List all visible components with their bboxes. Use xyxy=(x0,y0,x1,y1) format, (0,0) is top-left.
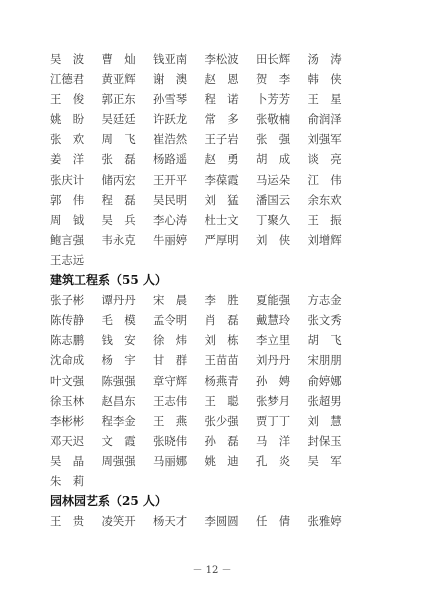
student-name: 章守辉 xyxy=(153,371,205,391)
student-name: 周 钺 xyxy=(50,210,102,230)
student-name: 吴 兵 xyxy=(102,210,154,230)
student-name: 吴廷廷 xyxy=(102,109,154,129)
name-row: 沈命成杨 宇甘 群王苗苗刘丹丹宋朋朋 xyxy=(50,350,390,370)
student-name: 陈传静 xyxy=(50,310,102,330)
student-name: 吴 晶 xyxy=(50,451,102,471)
student-name: 张子彬 xyxy=(50,290,102,310)
student-name: 李 胜 xyxy=(205,290,257,310)
student-name: 李圆圆 xyxy=(205,511,257,531)
student-name: 陈志鹏 xyxy=(50,330,102,350)
student-name: 刘 猛 xyxy=(205,190,257,210)
student-name: 丁聚久 xyxy=(256,210,308,230)
student-name: 毛 模 xyxy=(102,310,154,330)
student-name: 江德君 xyxy=(50,69,102,89)
student-name: 李立里 xyxy=(256,330,308,350)
student-name: 常 多 xyxy=(205,109,257,129)
student-name: 孙雪琴 xyxy=(153,89,205,109)
student-name: 王 燕 xyxy=(153,411,205,431)
student-name: 胡 成 xyxy=(256,149,308,169)
student-name: 张少强 xyxy=(205,411,257,431)
student-name: 贾丁丁 xyxy=(256,411,308,431)
student-name: 俞润泽 xyxy=(308,109,360,129)
student-name: 李葆霞 xyxy=(205,170,257,190)
student-name: 崔浩然 xyxy=(153,129,205,149)
student-name: 张文秀 xyxy=(308,310,360,330)
student-name: 张 强 xyxy=(256,129,308,149)
student-name: 李心涛 xyxy=(153,210,205,230)
student-name: 郭 伟 xyxy=(50,190,102,210)
student-name: 王 星 xyxy=(308,89,360,109)
student-name: 戴慧玲 xyxy=(256,310,308,330)
student-name: 邓天迟 xyxy=(50,431,102,451)
student-name: 孙 娉 xyxy=(256,371,308,391)
name-row: 朱 莉 xyxy=(50,471,390,491)
student-name: 俞婷娜 xyxy=(308,371,360,391)
student-name: 孙 磊 xyxy=(205,431,257,451)
name-row: 叶文强陈强强章守辉杨燕青孙 娉俞婷娜 xyxy=(50,371,390,391)
name-row: 徐玉林赵昌东王志伟王 聪张梦月张超男 xyxy=(50,391,390,411)
student-name: 王开平 xyxy=(153,170,205,190)
student-name: 储丙宏 xyxy=(102,170,154,190)
name-row: 姚 盼吴廷廷许跃龙常 多张敬楠俞润泽 xyxy=(50,109,390,129)
student-name: 张敬楠 xyxy=(256,109,308,129)
section-heading: 园林园艺系（25 人） xyxy=(50,491,390,511)
student-name: 杨天才 xyxy=(153,511,205,531)
student-name: 钱亚南 xyxy=(153,49,205,69)
student-name: 杨路遥 xyxy=(153,149,205,169)
student-name: 程 诺 xyxy=(205,89,257,109)
name-row: 邓天迟文 霞张晓伟孙 磊马 洋封保玉 xyxy=(50,431,390,451)
name-row: 张 欢周 飞崔浩然王子岩张 强刘强军 xyxy=(50,129,390,149)
student-name: 王 贵 xyxy=(50,511,102,531)
student-name: 王志远 xyxy=(50,250,102,270)
student-name: 李松波 xyxy=(205,49,257,69)
student-name: 文 霞 xyxy=(102,431,154,451)
student-name: 吴 军 xyxy=(308,451,360,471)
student-name: 朱 莉 xyxy=(50,471,102,491)
name-row: 王 俊郭正东孙雪琴程 诺卜芳芳王 星 xyxy=(50,89,390,109)
student-name: 曹 灿 xyxy=(102,49,154,69)
student-name: 姜 洋 xyxy=(50,149,102,169)
student-name: 徐玉林 xyxy=(50,391,102,411)
student-name: 马 洋 xyxy=(256,431,308,451)
student-name: 陈强强 xyxy=(102,371,154,391)
student-name: 卜芳芳 xyxy=(256,89,308,109)
student-name: 凌笑开 xyxy=(102,511,154,531)
student-name: 周 飞 xyxy=(102,129,154,149)
document-page: 吴 波曹 灿钱亚南李松波田长辉汤 涛江德君黄亚辉谢 澳赵 恩贺 李韩 侠王 俊郭… xyxy=(50,49,390,531)
student-name: 马丽娜 xyxy=(153,451,205,471)
name-row: 张子彬谭丹丹宋 晨李 胜夏能强方志金 xyxy=(50,290,390,310)
student-name: 张 磊 xyxy=(102,149,154,169)
student-name: 杨燕青 xyxy=(205,371,257,391)
student-name: 谈 亮 xyxy=(308,149,360,169)
student-name: 马运朵 xyxy=(256,170,308,190)
student-name: 张雅婷 xyxy=(308,511,360,531)
student-name: 刘 慧 xyxy=(308,411,360,431)
student-name: 王苗苗 xyxy=(205,350,257,370)
student-name: 王 振 xyxy=(308,210,360,230)
student-name: 刘丹丹 xyxy=(256,350,308,370)
student-name: 周强强 xyxy=(102,451,154,471)
student-name: 张庆计 xyxy=(50,170,102,190)
student-name: 汤 涛 xyxy=(308,49,360,69)
student-name: 吴民明 xyxy=(153,190,205,210)
student-name: 赵 勇 xyxy=(205,149,257,169)
student-name: 徐 炜 xyxy=(153,330,205,350)
student-name: 胡 飞 xyxy=(308,330,360,350)
student-name: 甘 群 xyxy=(153,350,205,370)
student-name: 钱 安 xyxy=(102,330,154,350)
student-name: 王 俊 xyxy=(50,89,102,109)
student-name: 李彬彬 xyxy=(50,411,102,431)
name-row: 王志远 xyxy=(50,250,390,270)
student-name: 牛丽婷 xyxy=(153,230,205,250)
student-name: 谭丹丹 xyxy=(102,290,154,310)
student-name: 鲍言强 xyxy=(50,230,102,250)
name-row: 张庆计储丙宏王开平李葆霞马运朵江 伟 xyxy=(50,170,390,190)
student-name: 杨 宇 xyxy=(102,350,154,370)
section-heading: 建筑工程系（55 人） xyxy=(50,270,390,290)
student-name: 王志伟 xyxy=(153,391,205,411)
name-row: 吴 晶周强强马丽娜姚 迪孔 炎吴 军 xyxy=(50,451,390,471)
student-name: 孟令明 xyxy=(153,310,205,330)
name-row: 李彬彬程李金王 燕张少强贾丁丁刘 慧 xyxy=(50,411,390,431)
student-name: 田长辉 xyxy=(256,49,308,69)
student-name: 叶文强 xyxy=(50,371,102,391)
name-row: 陈传静毛 模孟令明肖 磊戴慧玲张文秀 xyxy=(50,310,390,330)
student-name: 王 聪 xyxy=(205,391,257,411)
student-name: 严厚明 xyxy=(205,230,257,250)
student-name: 郭正东 xyxy=(102,89,154,109)
student-name: 许跃龙 xyxy=(153,109,205,129)
student-name: 韩 侠 xyxy=(308,69,360,89)
student-name: 张 欢 xyxy=(50,129,102,149)
name-row: 江德君黄亚辉谢 澳赵 恩贺 李韩 侠 xyxy=(50,69,390,89)
student-name: 封保玉 xyxy=(308,431,360,451)
student-name: 赵 恩 xyxy=(205,69,257,89)
student-name: 刘强军 xyxy=(308,129,360,149)
student-name: 宋 晨 xyxy=(153,290,205,310)
student-name: 张超男 xyxy=(308,391,360,411)
student-name: 宋朋朋 xyxy=(308,350,360,370)
name-row: 郭 伟程 磊吴民明刘 猛潘国云余东欢 xyxy=(50,190,390,210)
student-name: 张梦月 xyxy=(256,391,308,411)
name-row: 姜 洋张 磊杨路遥赵 勇胡 成谈 亮 xyxy=(50,149,390,169)
student-name: 程 磊 xyxy=(102,190,154,210)
student-name: 贺 李 xyxy=(256,69,308,89)
name-row: 陈志鹏钱 安徐 炜刘 栋李立里胡 飞 xyxy=(50,330,390,350)
name-row: 王 贵凌笑开杨天才李圆圆任 倩张雅婷 xyxy=(50,511,390,531)
student-name: 余东欢 xyxy=(308,190,360,210)
student-name: 任 倩 xyxy=(256,511,308,531)
student-name: 赵昌东 xyxy=(102,391,154,411)
student-name: 方志金 xyxy=(308,290,360,310)
student-name: 刘 侠 xyxy=(256,230,308,250)
student-name: 姚 盼 xyxy=(50,109,102,129)
name-row: 鲍言强韦永克牛丽婷严厚明刘 侠刘增辉 xyxy=(50,230,390,250)
student-name: 孔 炎 xyxy=(256,451,308,471)
page-number: － 12 － xyxy=(0,561,424,576)
student-name: 谢 澳 xyxy=(153,69,205,89)
name-row: 周 钺吴 兵李心涛杜士文丁聚久王 振 xyxy=(50,210,390,230)
student-name: 王子岩 xyxy=(205,129,257,149)
student-name: 韦永克 xyxy=(102,230,154,250)
student-name: 张晓伟 xyxy=(153,431,205,451)
student-name: 杜士文 xyxy=(205,210,257,230)
student-name: 肖 磊 xyxy=(205,310,257,330)
student-name: 刘增辉 xyxy=(308,230,360,250)
student-name: 夏能强 xyxy=(256,290,308,310)
student-name: 程李金 xyxy=(102,411,154,431)
name-row: 吴 波曹 灿钱亚南李松波田长辉汤 涛 xyxy=(50,49,390,69)
student-name: 吴 波 xyxy=(50,49,102,69)
student-name: 姚 迪 xyxy=(205,451,257,471)
student-name: 刘 栋 xyxy=(205,330,257,350)
student-name: 江 伟 xyxy=(308,170,360,190)
student-name: 潘国云 xyxy=(256,190,308,210)
student-name: 沈命成 xyxy=(50,350,102,370)
student-name: 黄亚辉 xyxy=(102,69,154,89)
